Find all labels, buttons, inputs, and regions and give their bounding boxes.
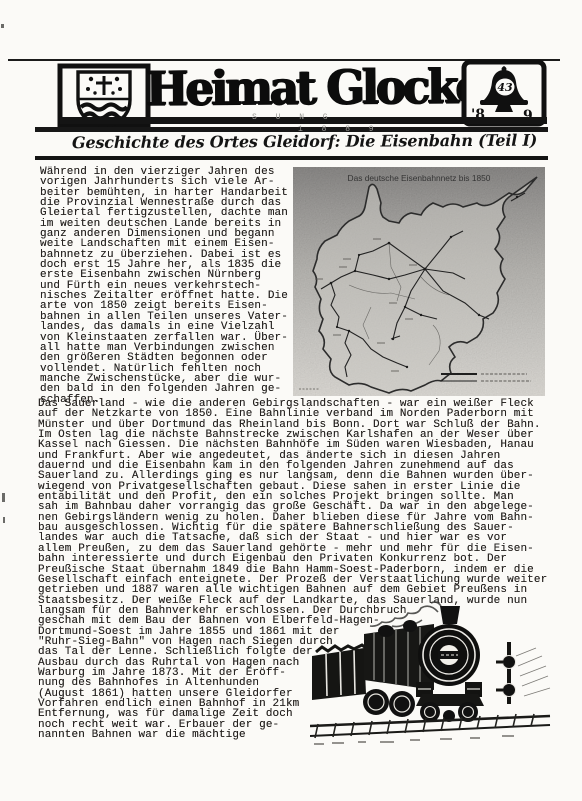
faint-stamp-text: S U N G: [252, 113, 335, 122]
scan-speck: [3, 517, 5, 523]
scan-speck: [1, 24, 4, 28]
scan-speck: [2, 493, 5, 502]
issue-number: 43: [497, 81, 513, 94]
tender-car: [312, 645, 366, 700]
article-title-handwritten: Geschichte des Ortes Gleidorf: Die Eisen…: [72, 131, 492, 152]
chimney: [440, 606, 460, 624]
scanned-newsletter-page: Heimat Glocke 43 '8 9 S U N G 1 8 8 9 Ge…: [0, 0, 582, 801]
steam-locomotive-image: [310, 598, 552, 748]
railway-map-image: Das deutsche Eisenbahnnetz bis 1850: [293, 167, 545, 396]
map-title: Das deutsche Eisenbahnnetz bis 1850: [348, 173, 491, 183]
background-hatching: [516, 648, 550, 696]
subtitle-underline-rule: [35, 156, 548, 160]
faint-stamp-text: 1 8 8 9: [298, 125, 381, 134]
article-column-1: Während in den vierziger Jahren des vori…: [40, 167, 288, 405]
smokebox-front: [418, 624, 480, 686]
buffer-pole: [496, 642, 516, 704]
